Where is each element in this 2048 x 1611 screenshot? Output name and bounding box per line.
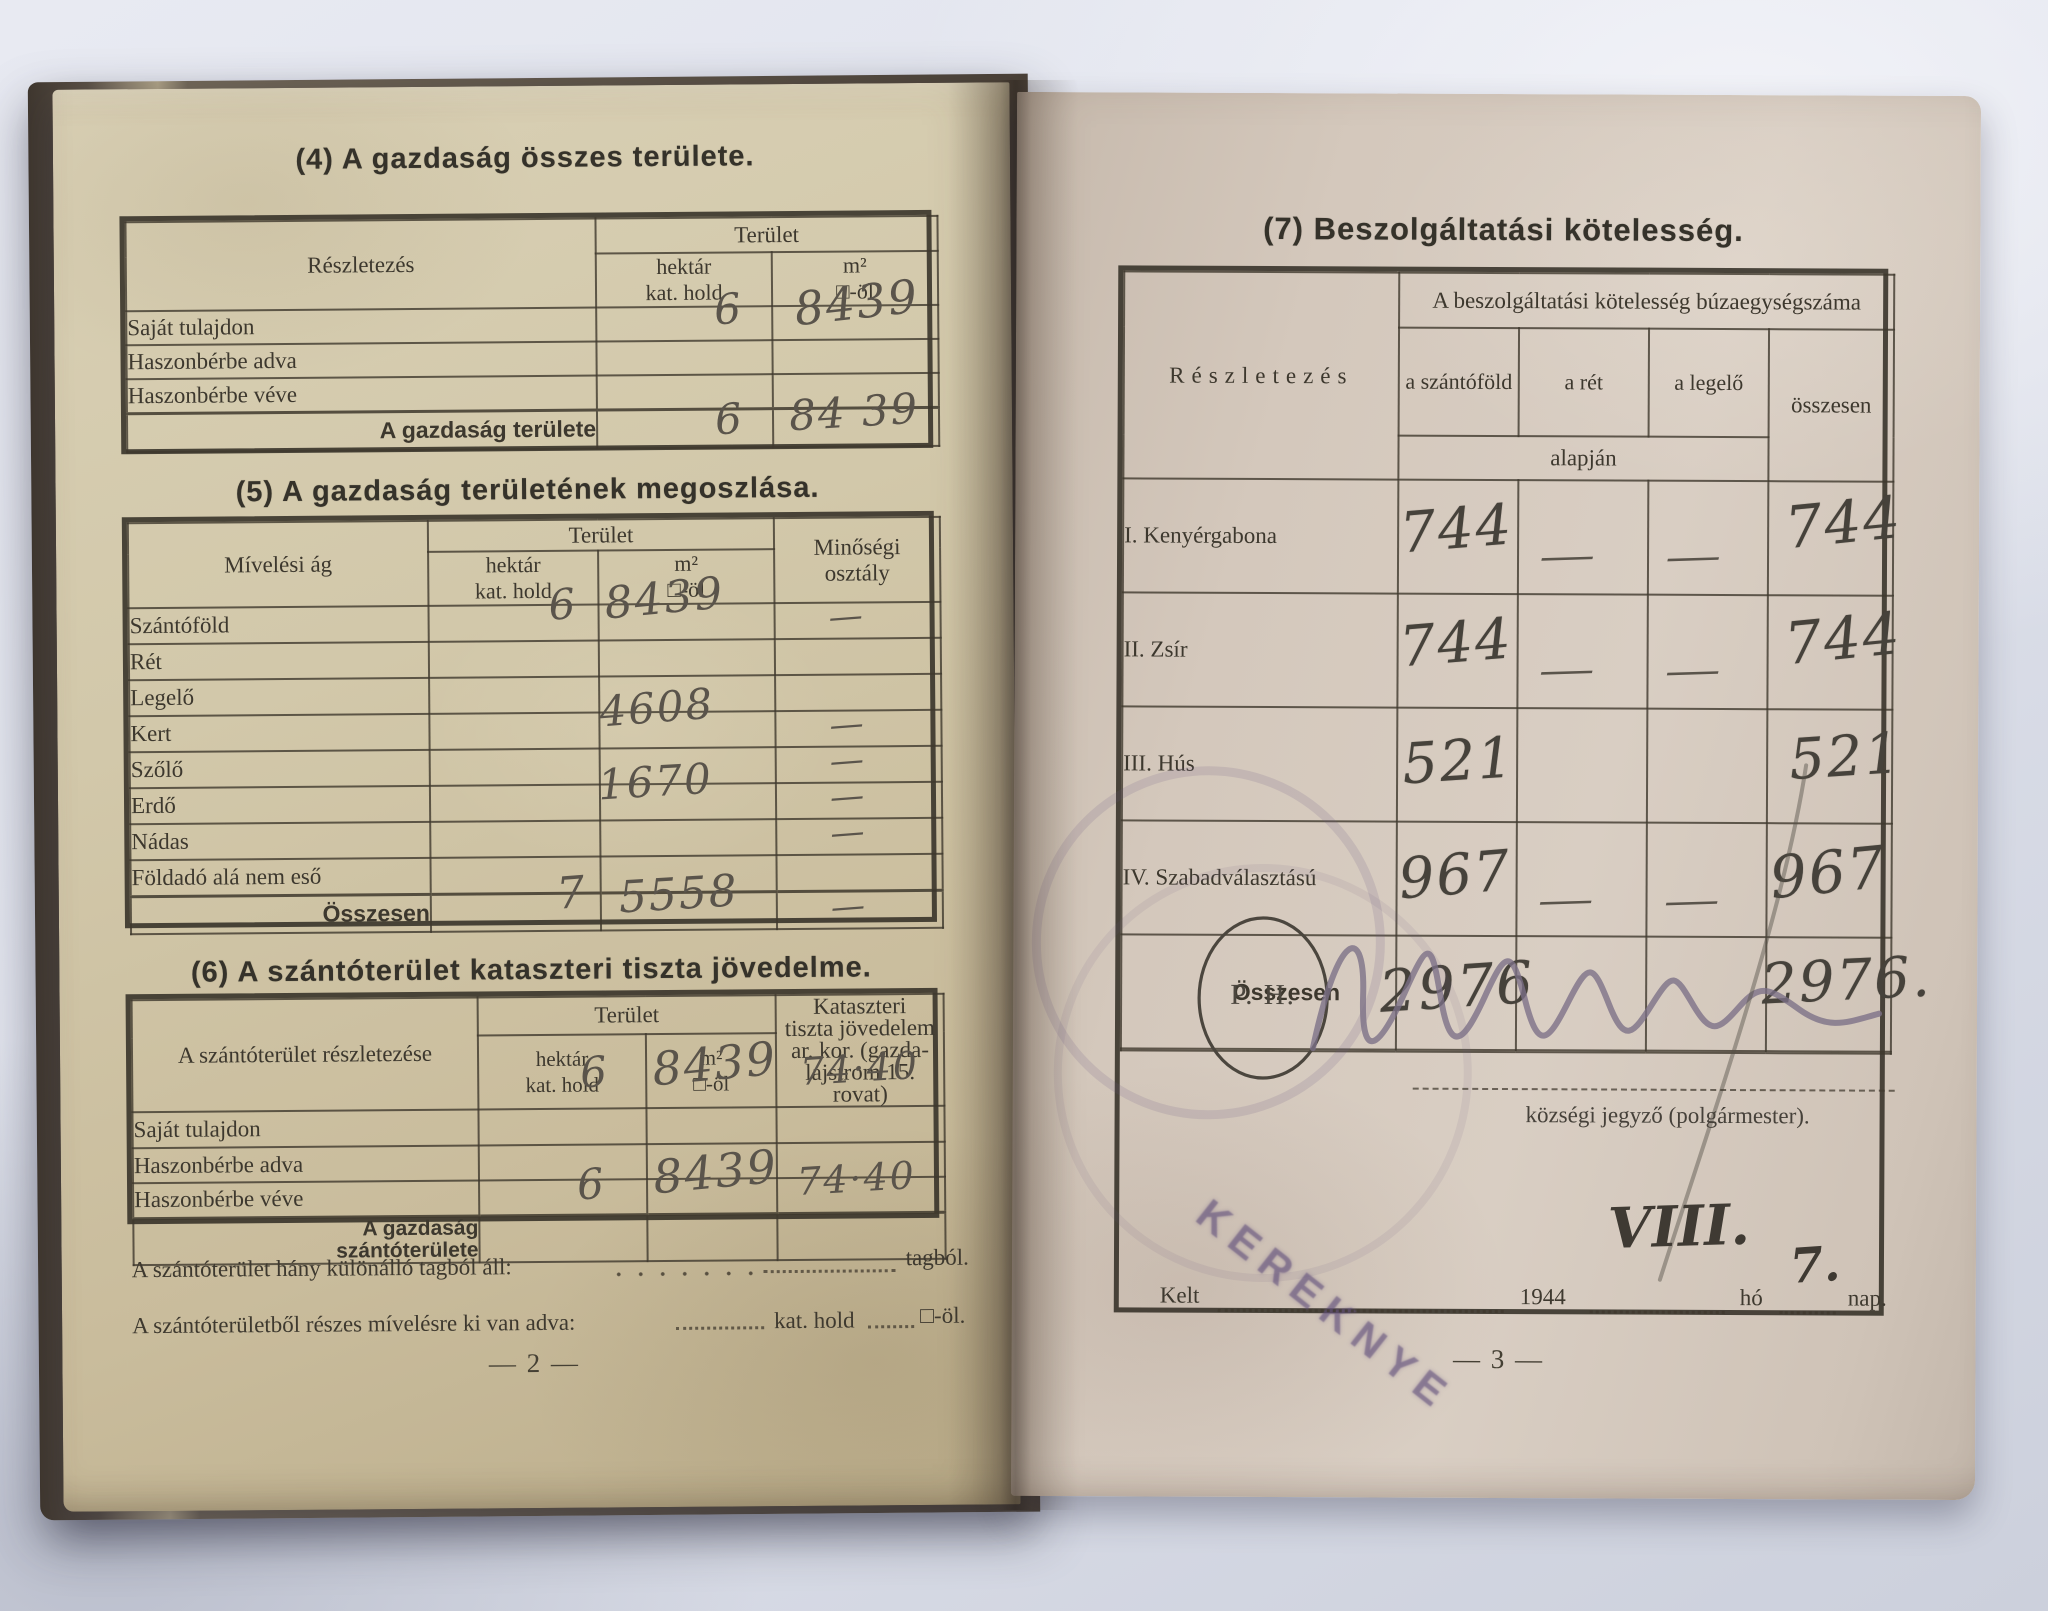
signature-and-stamp-graphics (1011, 732, 1914, 1376)
row-label-total: A gazdaság területe (127, 410, 597, 453)
row-label: Haszonbérbe véve (127, 376, 597, 414)
handwritten-dash: — (1538, 535, 1595, 577)
row-label: Haszonbérbe véve (133, 1180, 479, 1218)
dot-leader (868, 1323, 914, 1328)
handwritten-value: 744 (1398, 497, 1515, 562)
kelt-label: Kelt (1160, 1283, 1200, 1309)
handwritten-value: 8439 (792, 273, 921, 333)
note-ol-unit: □-öl. (920, 1303, 965, 1329)
handwritten-value: 744 (1783, 488, 1905, 557)
row-label: Legelő (129, 678, 429, 716)
cell-hold (430, 749, 600, 786)
note-plots-unit: tagból. (906, 1245, 969, 1271)
signatory-caption: községi jegyző (polgármester). (1433, 1102, 1903, 1130)
note-sharecrop-question: A szántóterületből részes mívelésre ki v… (132, 1310, 575, 1339)
year-printed: 1944 (1520, 1284, 1566, 1310)
t7-header-buzaegyseg: A beszolgáltatási kötelesség búzaegységs… (1399, 273, 1894, 330)
t6-header-hektar: hektár kat. hold (478, 1034, 647, 1109)
handwritten-value: 744 (1782, 604, 1904, 673)
table-area-distribution: Mívelési ág Terület Minőségi osztály hek… (122, 511, 937, 928)
row-label: Saját tulajdon (132, 1109, 478, 1148)
dot-leader (608, 1270, 758, 1277)
row-label: Haszonbérbe adva (126, 342, 596, 380)
cell-hold (479, 1179, 647, 1215)
section-5-title: (5) A gazdaság területének megoszlása. (141, 471, 913, 510)
t7-header-szantofold: a szántóföld (1399, 328, 1519, 437)
t5-header-minosegi: Minőségi osztály (774, 517, 941, 603)
faint-round-stamp (1036, 770, 1381, 1115)
handwritten-value: 6 (547, 583, 579, 627)
t7-header-osszesen: összesen (1768, 329, 1894, 482)
handwritten-value: 8439 (603, 571, 727, 626)
row-label: II. Zsír (1122, 592, 1397, 707)
row-label: Haszonbérbe adva (133, 1145, 479, 1183)
page-number-2: — 2 — (128, 1345, 940, 1382)
handwritten-value: 84 39 (788, 388, 921, 438)
t7-header-ret: a rét (1519, 328, 1649, 437)
handwritten-dash: — (1538, 649, 1595, 691)
cell-hold (430, 821, 600, 858)
dot-leader (764, 1267, 896, 1273)
cell-hold (597, 374, 773, 409)
cell-ol (600, 819, 776, 856)
handwritten-value: 5558 (618, 869, 740, 920)
handwritten-dash: — (1664, 650, 1721, 692)
cell-hold (596, 306, 772, 341)
dot-leader (1780, 1309, 1836, 1314)
handwritten-value: 4608 (598, 683, 716, 734)
handwritten-value: 74·40 (799, 1046, 920, 1091)
handwritten-dash: — (1664, 536, 1721, 578)
t4-header-hektar: hektár kat. hold (596, 252, 772, 307)
handwritten-dash: — (828, 706, 865, 743)
nap-label: nap. (1848, 1286, 1887, 1312)
t4-header-reszletezes: Részletezés (125, 219, 596, 312)
t5-header-muvelesi-ag: Mívelési ág (128, 521, 429, 608)
table-row: Mívelési ág Terület Minőségi osztály (128, 517, 940, 554)
page-3: (7) Beszolgáltatási kötelesség. Részlete… (1011, 92, 1981, 1500)
handwritten-value: 7 (555, 871, 588, 917)
t5-header-terulet: Terület (428, 518, 774, 552)
handwritten-dash: — (830, 888, 867, 925)
handwritten-value: 6 (713, 287, 745, 331)
dot-leader (1590, 1308, 1725, 1314)
handwritten-day: 7. (1788, 1240, 1841, 1291)
cell-ol (599, 639, 775, 676)
t4-header-terulet: Terület (595, 216, 937, 254)
section-6-title: (6) A szántóterület kataszteri tiszta jö… (125, 951, 937, 990)
t6-header-terulet: Terület (478, 995, 776, 1036)
page-2: (4) A gazdaság összes területe. Részlete… (52, 82, 1020, 1511)
handwritten-value: 1670 (597, 758, 714, 807)
handwritten-value: 8439 (651, 1143, 780, 1201)
cell-hold (597, 408, 773, 448)
cell-hold (429, 677, 599, 714)
handwritten-value: 8439 (650, 1035, 779, 1093)
handwritten-value: 6 (575, 1163, 607, 1207)
section-4-title: (4) A gazdaság összes területe. (139, 139, 911, 178)
t7-header-alapjan: alapján (1398, 436, 1768, 482)
page-number-3: — 3 — (1113, 1342, 1883, 1376)
t6-header-reszletezes: A szántóterület részletezése (132, 997, 479, 1112)
table-row: Részletezés A beszolgáltatási kötelesség… (1124, 271, 1894, 329)
row-label: Szántóföld (129, 606, 429, 644)
handwritten-month: VIII. (1607, 1197, 1750, 1257)
cell-ol (772, 339, 938, 374)
row-label: Kert (129, 714, 429, 752)
handwritten-value: 744 (1398, 611, 1515, 676)
photo-background: (4) A gazdaság összes területe. Részlete… (0, 0, 2048, 1611)
row-label: Földadó alá nem eső (130, 858, 430, 896)
note-plots-question: A szántóterület hány különálló tagból ál… (132, 1254, 512, 1283)
cell-jov (776, 1106, 944, 1143)
cell-hold (429, 641, 599, 678)
handwritten-value: 74·40 (796, 1156, 917, 1201)
cell-minoseg (775, 638, 941, 675)
cell-ol (647, 1213, 777, 1261)
handwritten-value: 6 (579, 1051, 611, 1095)
ho-label: hó (1740, 1285, 1763, 1311)
cell-hold (430, 785, 600, 822)
row-label: Saját tulajdon (126, 308, 596, 346)
row-label-total: Összesen (131, 894, 431, 934)
table-row: Összesen (131, 890, 943, 934)
handwritten-dash: — (828, 742, 865, 779)
row-label: Nádas (130, 822, 430, 860)
note-kat-hold: kat. hold (774, 1308, 855, 1335)
handwritten-dash: — (829, 814, 866, 851)
cell-hold (479, 1144, 647, 1180)
t7-header-legelo: a legelő (1649, 329, 1769, 438)
ph-seal-label: P. H. (1199, 979, 1327, 1013)
t7-header-reszletezes: Részletezés (1123, 271, 1399, 479)
cell-hold (596, 340, 772, 375)
handwritten-value: 6 (713, 397, 745, 441)
cell-hold (478, 1108, 646, 1145)
faint-round-stamp-2 (1057, 867, 1469, 1279)
dot-leader (676, 1324, 764, 1330)
cell-hold (429, 713, 599, 750)
handwritten-dash: — (829, 778, 866, 815)
table-row: A szántóterület részletezése Terület Kat… (132, 994, 944, 1039)
section-7-title: (7) Beszolgáltatási kötelesség. (1118, 210, 1888, 249)
row-label: I. Kenyérgabona (1123, 478, 1398, 593)
row-label: Erdő (130, 786, 430, 824)
handwritten-dash: — (827, 598, 864, 635)
cell-ol (646, 1107, 776, 1144)
row-label: Szőlő (130, 750, 430, 788)
row-label: Rét (129, 642, 429, 680)
signature (1313, 948, 1879, 1051)
